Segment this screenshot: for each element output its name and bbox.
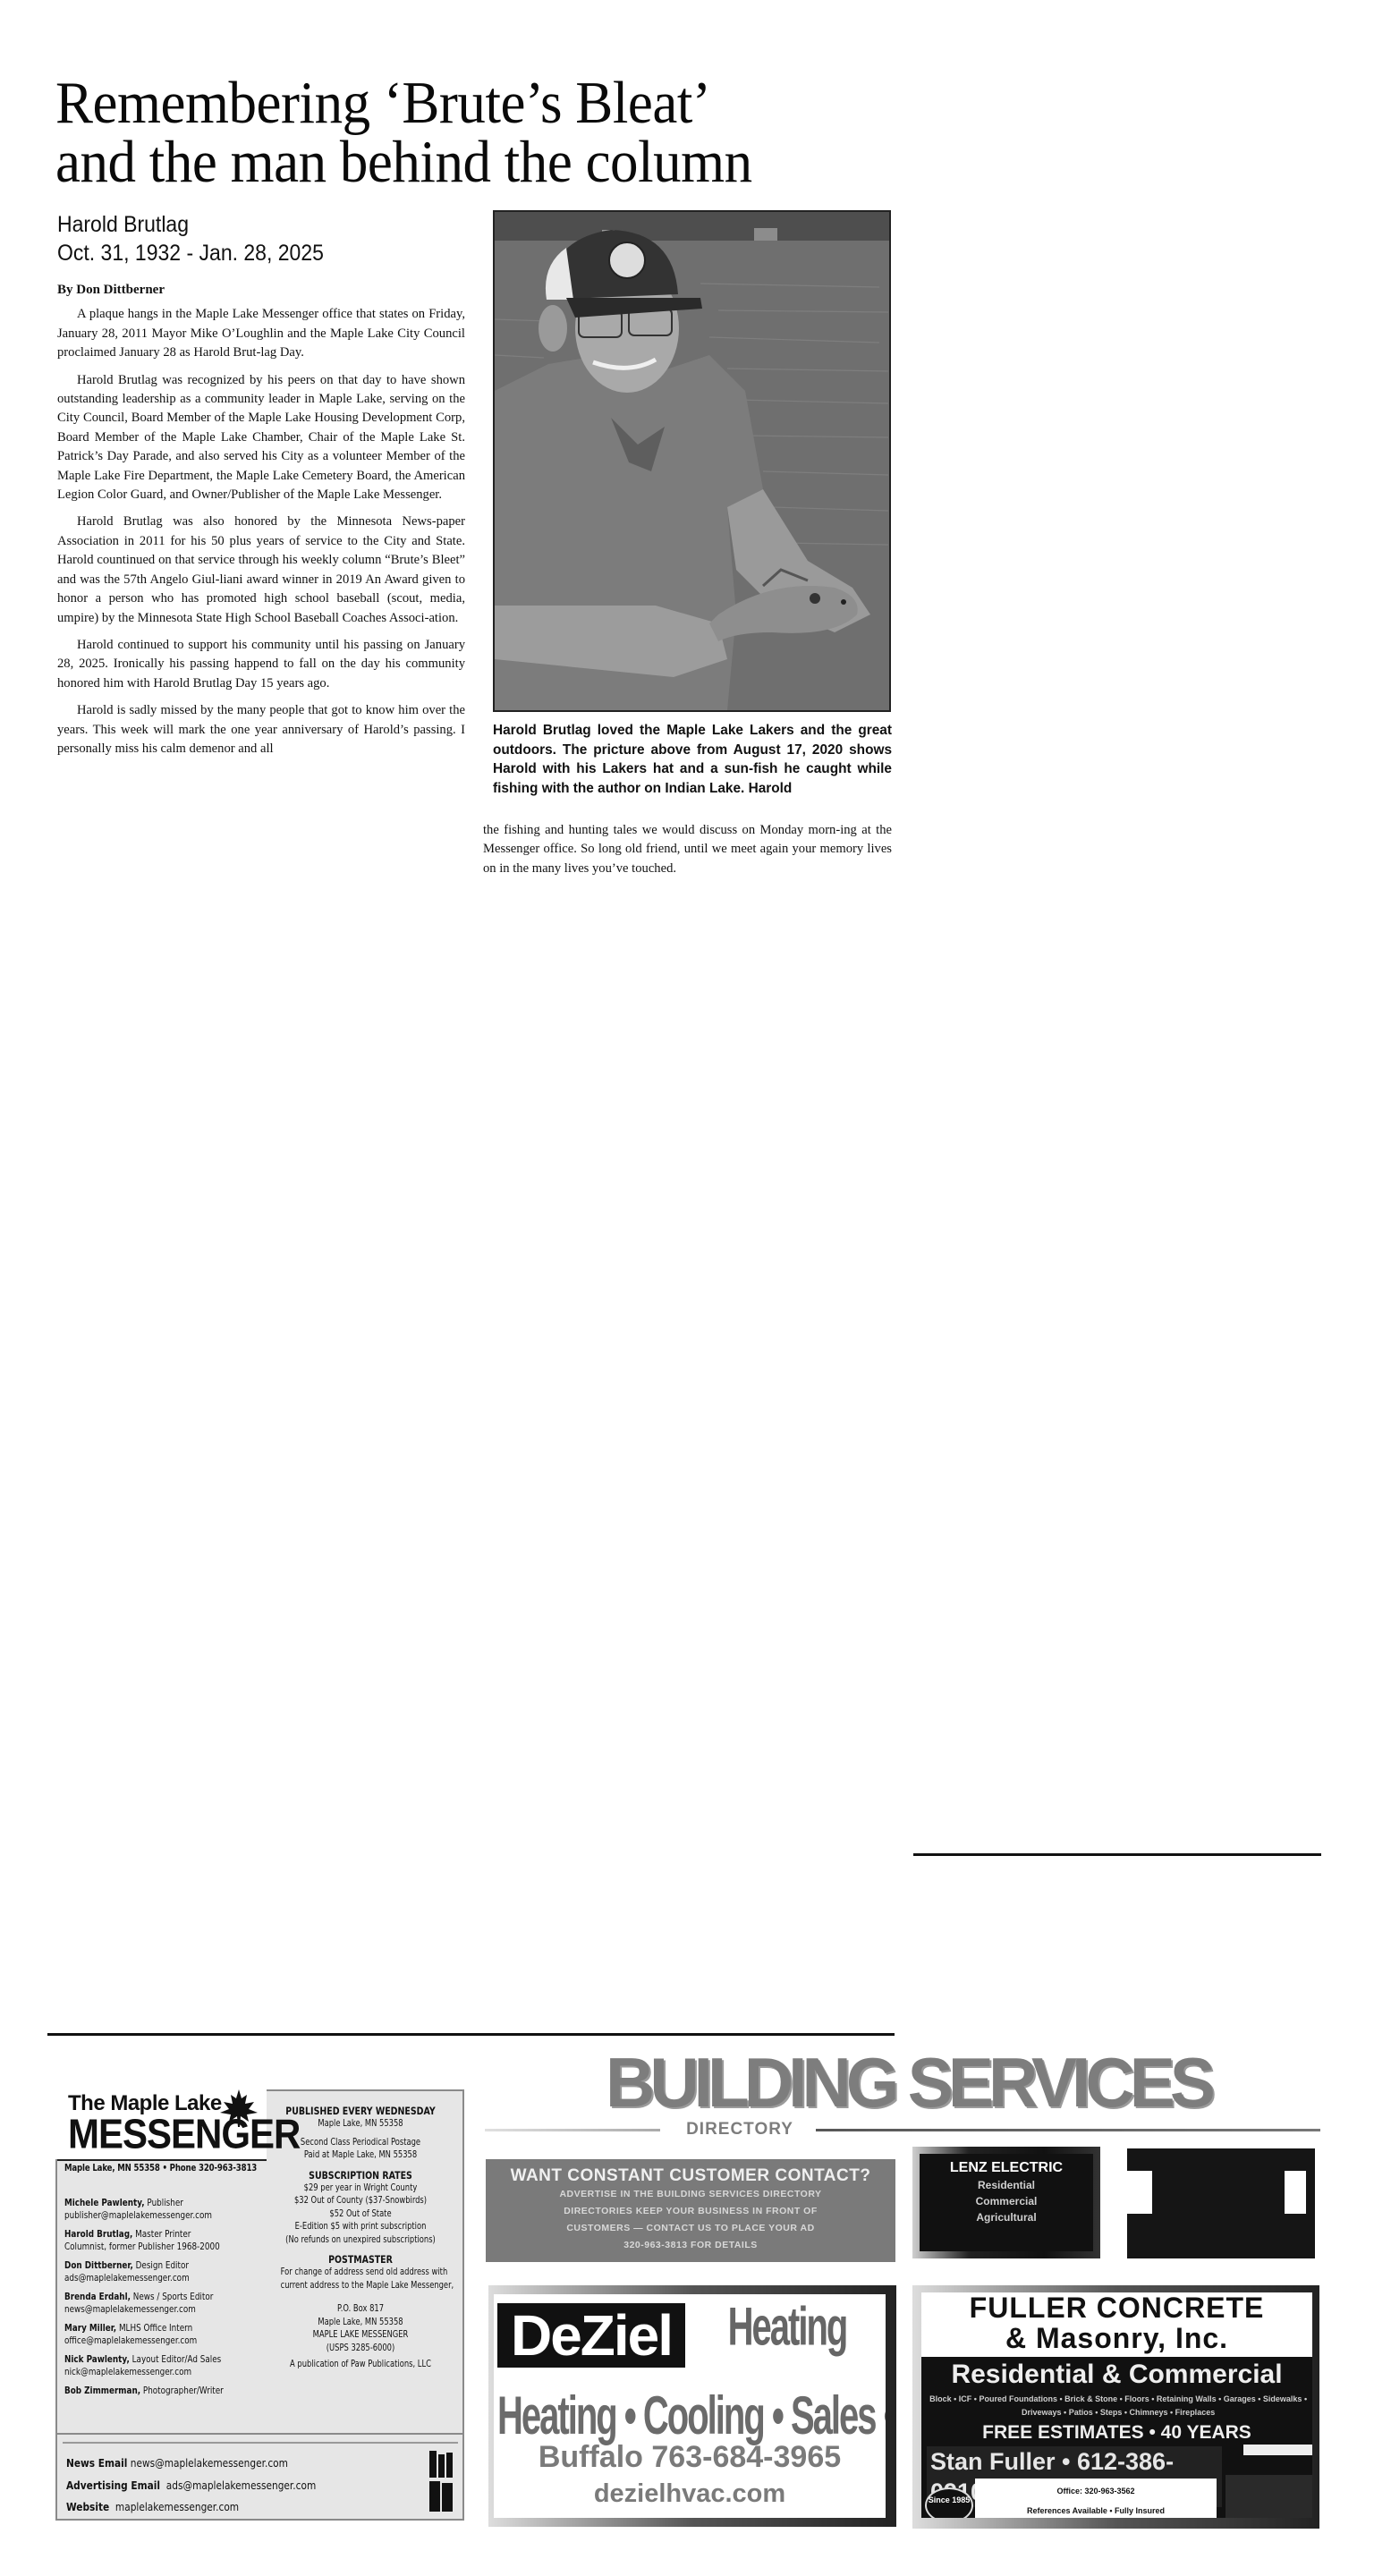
news-email-link[interactable]: news@maplelakemessenger.com (131, 2457, 288, 2470)
staff-role: News / Sports Editor (131, 2292, 213, 2302)
headline-line-1: Remembering ‘Brute’s Bleat’ (55, 73, 862, 132)
ad-business-logo: DeZiel (497, 2303, 685, 2368)
staff-email[interactable]: news@maplelakemessenger.com (64, 2304, 196, 2315)
staff-email[interactable]: office@maplelakemessenger.com (64, 2335, 197, 2346)
staff-name: Michele Pawlenty, (64, 2198, 145, 2208)
published-city: Maple Lake, MN 55358 (281, 2118, 441, 2131)
postage-line: Paid at Maple Lake, MN 55358 (281, 2149, 441, 2163)
article-headline: Remembering ‘Brute’s Bleat’ and the man … (55, 73, 862, 191)
published-header: PUBLISHED EVERY WEDNESDAY (281, 2104, 441, 2118)
staff-role: Layout Editor/Ad Sales (130, 2354, 221, 2365)
ad-line: Residential (920, 2177, 1093, 2193)
staff-role: MLHS Office Intern (116, 2323, 192, 2334)
staff-name: Mary Miller, (64, 2323, 116, 2334)
section-divider-rule (47, 2033, 895, 2036)
staff-role: Photographer/Writer (140, 2385, 224, 2396)
masthead-divider (63, 2442, 458, 2444)
ad-line: CUSTOMERS — CONTACT US TO PLACE YOUR AD (486, 2220, 895, 2237)
ad-business-name: LENZ ELECTRIC (920, 2159, 1093, 2177)
ads-email-link[interactable]: ads@maplelakemessenger.com (166, 2479, 316, 2492)
ads-email-row: Advertising Email ads@maplelakemessenger… (66, 2475, 389, 2497)
website-link[interactable]: maplelakemessenger.com (115, 2501, 239, 2513)
address-line: MAPLE LAKE MESSENGER (281, 2329, 441, 2343)
ad-business-name: FULLER CONCRETE & Masonry, Inc. (921, 2292, 1312, 2357)
staff-item: Brenda Erdahl, News / Sports Editor news… (64, 2291, 230, 2316)
ad-name-line: & Masonry, Inc. (921, 2323, 1312, 2353)
postmaster-line: current address to the Maple Lake Messen… (281, 2280, 441, 2293)
ad-photo (1226, 2475, 1312, 2518)
directory-line-right (776, 2129, 1320, 2131)
staff-list: Michele Pawlenty, Publisher publisher@ma… (64, 2197, 261, 2397)
masthead-info-column: PUBLISHED EVERY WEDNESDAY Maple Lake, MN… (263, 2104, 458, 2372)
publisher-note: A publication of Paw Publications, LLC (281, 2359, 441, 2372)
staff-item: Harold Brutlag, Master Printer Columnist… (64, 2228, 230, 2253)
staff-role: Design Editor (133, 2260, 189, 2271)
subscription-header: SUBSCRIPTION RATES (281, 2168, 441, 2182)
subscription-rate: E-Edition $5 with print subscription (281, 2221, 441, 2234)
address-line: P.O. Box 817 (281, 2303, 441, 2317)
ad-badge: Since 1985 (925, 2487, 973, 2518)
ad-details: Office: 320-963-3562 References Availabl… (975, 2479, 1217, 2518)
article-paragraph: A plaque hangs in the Maple Lake Messeng… (57, 305, 465, 362)
article-paragraph: Harold Brutlag was also honored by the M… (57, 513, 465, 627)
subscription-rate: $29 per year in Wright County (281, 2182, 441, 2196)
address-line: Maple Lake, MN 55358 (281, 2317, 441, 2330)
ad-contact-us[interactable]: WANT CONSTANT CUSTOMER CONTACT? ADVERTIS… (486, 2159, 895, 2262)
article-body-column-left: By Don Dittberner A plaque hangs in the … (57, 281, 465, 767)
masthead-contacts: News Email news@maplelakemessenger.com A… (66, 2453, 442, 2519)
ad-line: DIRECTORIES KEEP YOUR BUSINESS IN FRONT … (486, 2203, 895, 2220)
obituary-name: Harold Brutlag (57, 211, 189, 238)
postage-line: Second Class Periodical Postage (281, 2137, 441, 2150)
directory-line-left (485, 2129, 660, 2131)
maple-leaf-icon (218, 2088, 259, 2129)
staff-note: Columnist, former Publisher 1968-2000 (64, 2241, 220, 2252)
staff-email[interactable]: publisher@maplelakemessenger.com (64, 2210, 212, 2221)
article-paragraph: Harold is sadly missed by the many peopl… (57, 701, 465, 758)
website-row: Website maplelakemessenger.com (66, 2496, 389, 2519)
ad-website[interactable]: dezielhvac.com (494, 2479, 886, 2509)
staff-role: Publisher (145, 2198, 183, 2208)
masthead-logo: The Maple Lake MESSENGER (68, 2093, 265, 2163)
staff-role: Master Printer (132, 2229, 191, 2240)
column-divider-rule (913, 1853, 1321, 1856)
staff-name: Bob Zimmerman, (64, 2385, 140, 2396)
news-email-row: News Email news@maplelakemessenger.com (66, 2453, 389, 2475)
ad-headline: WANT CONSTANT CUSTOMER CONTACT? (486, 2166, 895, 2186)
ad-line: 320-963-3813 FOR DETAILS (486, 2237, 895, 2254)
obituary-dates: Oct. 31, 1932 - Jan. 28, 2025 (57, 240, 324, 267)
ad-name-line: FULLER CONCRETE (921, 2292, 1312, 2323)
ad-line: ADVERTISE IN THE BUILDING SERVICES DIREC… (486, 2186, 895, 2203)
subscription-rate: (No refunds on unexpired subscriptions) (281, 2234, 441, 2248)
article-paragraph: Harold continued to support his communit… (57, 636, 465, 693)
staff-email[interactable]: ads@maplelakemessenger.com (64, 2273, 190, 2284)
photo-illustration (495, 212, 889, 710)
staff-name: Don Dittberner, (64, 2260, 133, 2271)
directory-title: BUILDING SERVICES (553, 2050, 1263, 2114)
ads-email-label: Advertising Email (66, 2479, 160, 2492)
association-logo-icon (428, 2449, 454, 2513)
subscription-rate: $52 Out of State (281, 2208, 441, 2222)
staff-name: Harold Brutlag, (64, 2229, 132, 2240)
news-email-label: News Email (66, 2457, 127, 2470)
website-label: Website (66, 2501, 109, 2513)
ad-line: Agricultural (920, 2209, 1093, 2225)
directory-subtitle: DIRECTORY (664, 2120, 816, 2140)
ad-detail-line: References Available • Fully Insured (975, 2505, 1217, 2516)
staff-item: Nick Pawlenty, Layout Editor/Ad Sales ni… (64, 2353, 230, 2378)
headline-line-2: and the man behind the column (55, 132, 862, 191)
staff-item: Don Dittberner, Design Editor ads@maplel… (64, 2259, 230, 2284)
ad-detail-line: Office: 320-963-3562 (975, 2486, 1217, 2496)
logo-underline (57, 2159, 267, 2161)
staff-name: Nick Pawlenty, (64, 2354, 130, 2365)
photo-caption: Harold Brutlag loved the Maple Lake Lake… (493, 721, 892, 798)
masthead-contact-line: Maple Lake, MN 55358 • Phone 320-963-381… (64, 2163, 225, 2173)
staff-item: Michele Pawlenty, Publisher publisher@ma… (64, 2197, 230, 2222)
subscription-rate: $32 Out of County ($37-Snowbirds) (281, 2195, 441, 2208)
ad-illegible[interactable] (1127, 2148, 1315, 2258)
ad-deziel-hvac[interactable]: DeZiel Heating Heating • Cooling • Sales… (488, 2285, 896, 2527)
staff-email[interactable]: nick@maplelakemessenger.com (64, 2367, 191, 2377)
staff-item: Mary Miller, MLHS Office Intern office@m… (64, 2322, 230, 2347)
postmaster-line: For change of address send old address w… (281, 2267, 441, 2280)
ad-services: Block • ICF • Poured Foundations • Brick… (927, 2393, 1310, 2419)
byline: By Don Dittberner (57, 281, 465, 300)
ad-fuller-concrete[interactable]: FULLER CONCRETE & Masonry, Inc. Resident… (912, 2285, 1319, 2529)
address-line: (USPS 3285-6000) (281, 2343, 441, 2356)
article-photo (493, 210, 891, 712)
staff-name: Brenda Erdahl, (64, 2292, 131, 2302)
staff-item: Bob Zimmerman, Photographer/Writer (64, 2385, 230, 2397)
article-paragraph: Harold Brutlag was recognized by his pee… (57, 371, 465, 505)
ad-line: Commercial (920, 2193, 1093, 2209)
ad-tagline: Residential & Commercial (921, 2359, 1312, 2391)
postmaster-header: POSTMASTER (281, 2252, 441, 2267)
article-continuation: the fishing and hunting tales we would d… (483, 821, 892, 878)
masthead-staff-column: Maple Lake, MN 55358 • Phone 320-963-381… (64, 2163, 261, 2403)
ad-phone: Buffalo 763-684-3965 (494, 2439, 886, 2475)
ad-lenz-electric[interactable]: LENZ ELECTRIC Residential Commercial Agr… (912, 2147, 1100, 2258)
